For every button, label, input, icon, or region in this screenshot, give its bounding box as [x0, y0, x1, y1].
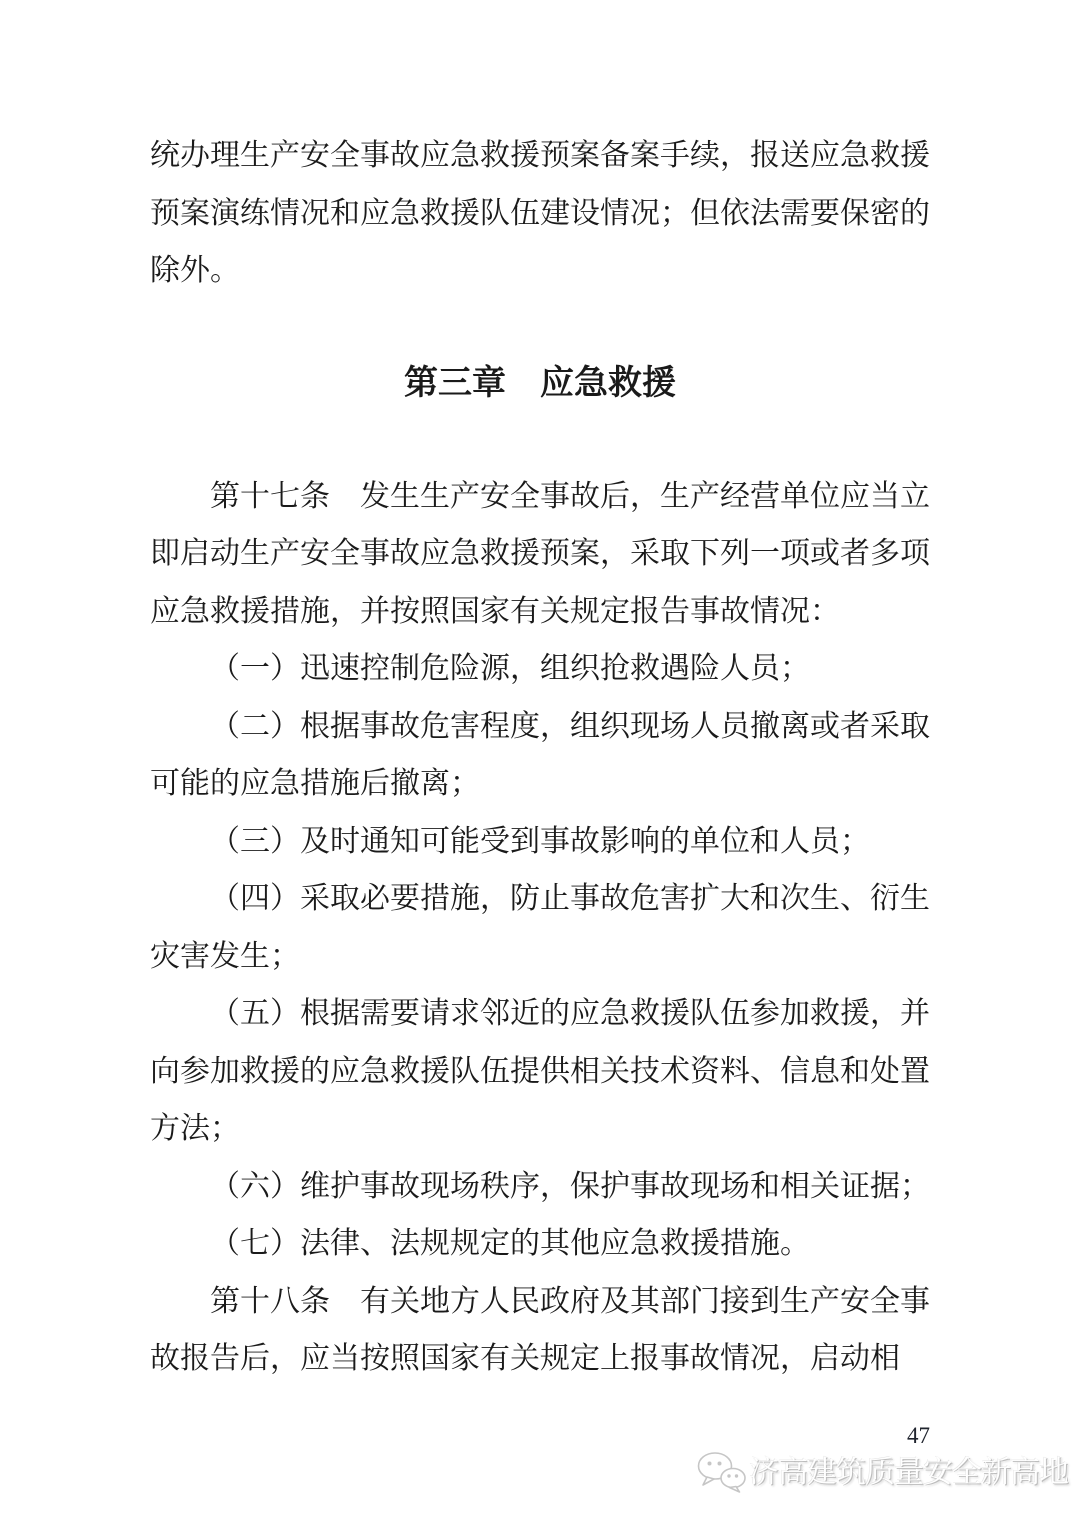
- clause-item-6: （六）维护事故现场秩序，保护事故现场和相关证据；: [150, 1158, 930, 1216]
- clause-item-5: （五）根据需要请求邻近的应急救援队伍参加救援，并向参加救援的应急救援队伍提供相关…: [150, 985, 930, 1158]
- clause-item-3: （三）及时通知可能受到事故影响的单位和人员；: [150, 813, 930, 871]
- clause-item-7: （七）法律、法规规定的其他应急救援措施。: [150, 1215, 930, 1273]
- watermark-text: 济高建筑质量安全新高地: [749, 1446, 1068, 1500]
- article-18-paragraph: 第十八条 有关地方人民政府及其部门接到生产安全事故报告后，应当按照国家有关规定上…: [150, 1273, 930, 1388]
- continuation-paragraph: 统办理生产安全事故应急救援预案备案手续，报送应急救援预案演练情况和应急救援队伍建…: [150, 127, 930, 300]
- clause-item-2: （二）根据事故危害程度，组织现场人员撤离或者采取可能的应急措施后撤离；: [150, 698, 930, 813]
- document-body: 统办理生产安全事故应急救援预案备案手续，报送应急救援预案演练情况和应急救援队伍建…: [150, 127, 930, 1388]
- article-17-paragraph: 第十七条 发生生产安全事故后，生产经营单位应当立即启动生产安全事故应急救援预案，…: [150, 468, 930, 641]
- wechat-icon: [695, 1446, 749, 1500]
- clause-item-4: （四）采取必要措施，防止事故危害扩大和次生、衍生灾害发生；: [150, 870, 930, 985]
- watermark: 济高建筑质量安全新高地: [695, 1446, 1068, 1500]
- clause-item-1: （一）迅速控制危险源，组织抢救遇险人员；: [150, 640, 930, 698]
- document-page: 统办理生产安全事故应急救援预案备案手续，报送应急救援预案演练情况和应急救援队伍建…: [0, 0, 1080, 1527]
- chapter-heading: 第三章 应急救援: [150, 354, 930, 412]
